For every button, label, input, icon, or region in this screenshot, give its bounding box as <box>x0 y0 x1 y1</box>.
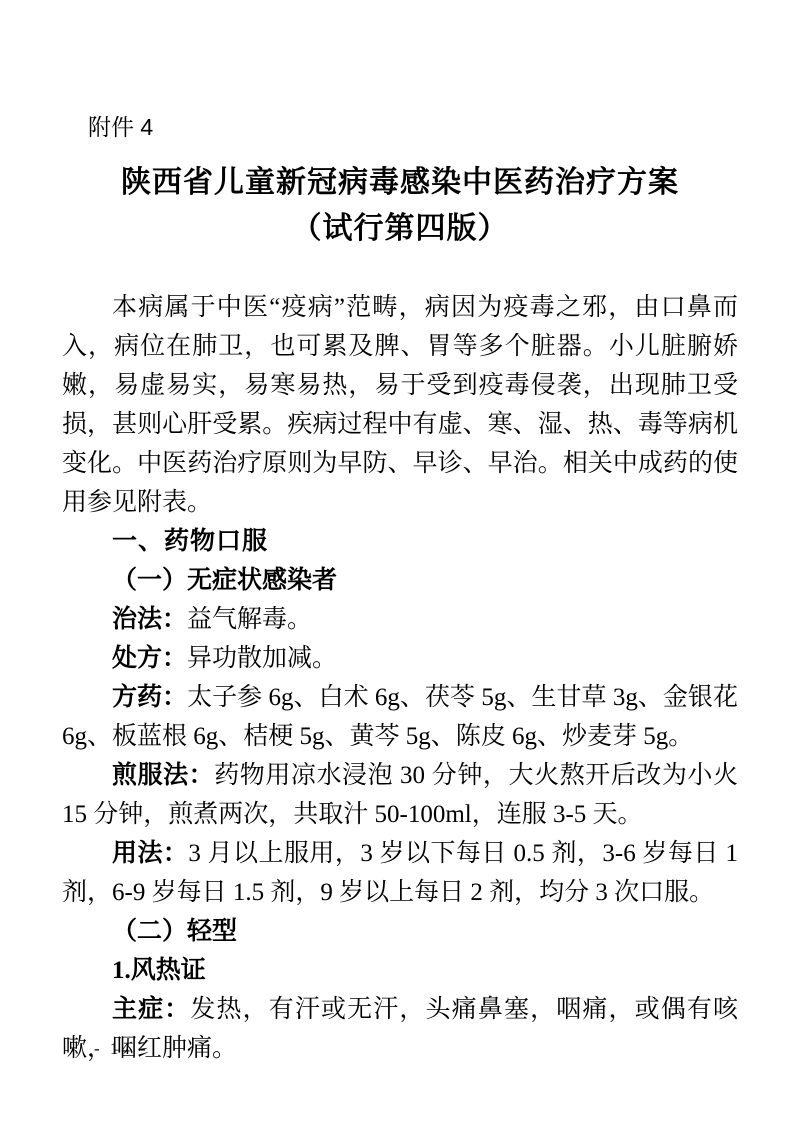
document-title-line-1: 陕西省儿童新冠病毒感染中医药治疗方案 <box>0 160 800 206</box>
syndrome-heading-wind-heat: 1.风热证 <box>62 951 738 990</box>
decoction-method-paragraph: 煎服法：药物用凉水浸泡 30 分钟，大火熬开后改为小火 15 分钟，煎煮两次，共… <box>62 756 738 834</box>
subsection-heading-asymptomatic: （一）无症状感染者 <box>62 561 738 600</box>
main-symptoms-paragraph: 主症：发热，有汗或无汗，头痛鼻塞，咽痛，或偶有咳嗽，咽红肿痛。 <box>62 990 738 1068</box>
formula-paragraph: 方药：太子参 6g、白术 6g、茯苓 5g、生甘草 3g、金银花 6g、板蓝根 … <box>62 678 738 756</box>
document-title: 陕西省儿童新冠病毒感染中医药治疗方案 （试行第四版） <box>0 160 800 252</box>
document-page: 附件 4 陕西省儿童新冠病毒感染中医药治疗方案 （试行第四版） 本病属于中医“疫… <box>0 0 800 1131</box>
document-body: 本病属于中医“疫病”范畴，病因为疫毒之邪，由口鼻而入，病位在肺卫，也可累及脾、胃… <box>62 288 738 1068</box>
prescription-text: 异功散加减。 <box>187 645 337 672</box>
usage-paragraph: 用法：3 月以上服用，3 岁以下每日 0.5 剂，3-6 岁每日 1 剂，6-9… <box>62 834 738 912</box>
formula-label: 方药： <box>112 684 187 711</box>
page-number: - 14 - <box>94 1038 149 1060</box>
document-title-line-2: （试行第四版） <box>0 206 800 252</box>
section-heading-oral-medication: 一、药物口服 <box>62 522 738 561</box>
attachment-label: 附件 4 <box>88 112 153 142</box>
prescription-label: 处方： <box>112 645 187 672</box>
treatment-label: 治法： <box>112 606 187 633</box>
main-symptoms-label: 主症： <box>112 996 190 1023</box>
decoction-method-label: 煎服法： <box>112 762 214 789</box>
intro-paragraph: 本病属于中医“疫病”范畴，病因为疫毒之邪，由口鼻而入，病位在肺卫，也可累及脾、胃… <box>62 288 738 522</box>
prescription-paragraph: 处方：异功散加减。 <box>62 639 738 678</box>
treatment-paragraph: 治法：益气解毒。 <box>62 600 738 639</box>
treatment-text: 益气解毒。 <box>187 606 312 633</box>
usage-label: 用法： <box>112 840 188 867</box>
subsection-heading-mild-type: （二）轻型 <box>62 912 738 951</box>
